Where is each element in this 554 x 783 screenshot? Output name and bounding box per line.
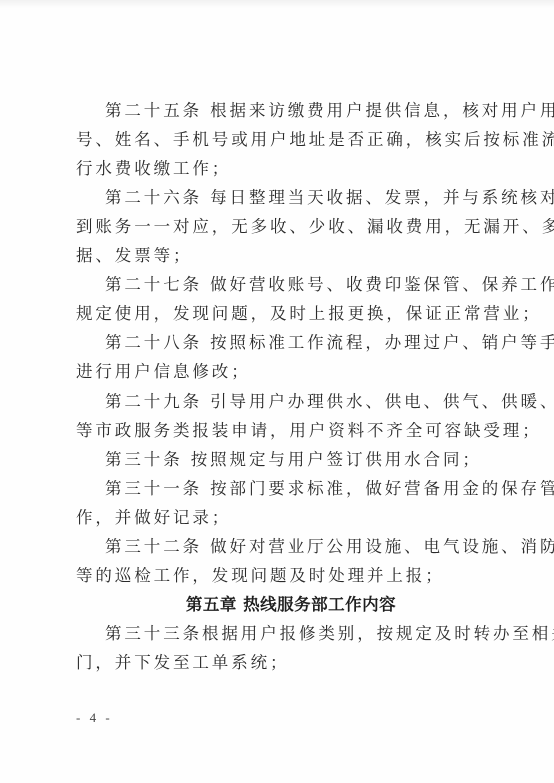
article-31-line-1: 第三十一条 按部门要求标准，做好营备用金的保存管理工 (76, 474, 515, 503)
document-page: 第二十五条 根据来访缴费用户提供信息，核对用户用水编 号、姓名、手机号或用户地址… (0, 0, 554, 783)
article-26-line-1: 第二十六条 每日整理当天收据、发票，并与系统核对，做 (76, 183, 515, 212)
article-33-line-1: 第三十三条根据用户报修类别，按规定及时转办至相关部 (76, 619, 515, 648)
article-25-line-1: 第二十五条 根据来访缴费用户提供信息，核对用户用水编 (76, 96, 515, 125)
article-28-line-2: 进行用户信息修改； (76, 357, 486, 386)
article-25-line-2: 号、姓名、手机号或用户地址是否正确，核实后按标准流程进 (76, 125, 486, 154)
chapter-heading: 第五章 热线服务部工作内容 (76, 590, 486, 619)
article-33-line-2: 门，并下发至工单系统； (76, 648, 486, 677)
article-25-line-3: 行水费收缴工作； (76, 154, 486, 183)
article-26-line-3: 据、发票等； (76, 241, 486, 270)
article-31-line-2: 作，并做好记录； (76, 503, 486, 532)
article-27-line-1: 第二十七条 做好营收账号、收费印鉴保管、保养工作，按 (76, 270, 515, 299)
article-29-line-2: 等市政服务类报装申请，用户资料不齐全可容缺受理； (76, 416, 486, 445)
scan-edge (0, 0, 554, 8)
page-number: - 4 - (76, 709, 113, 727)
article-29-line-1: 第二十九条 引导用户办理供水、供电、供气、供暖、通讯 (76, 387, 515, 416)
article-27-line-2: 规定使用，发现问题，及时上报更换，保证正常营业； (76, 299, 486, 328)
article-26-line-2: 到账务一一对应，无多收、少收、漏收费用，无漏开、多开收 (76, 212, 486, 241)
article-32-line-2: 等的巡检工作，发现问题及时处理并上报； (76, 561, 486, 590)
article-28-line-1: 第二十八条 按照标准工作流程，办理过户、销户等手续， (76, 328, 515, 357)
article-30-line-1: 第三十条 按照规定与用户签订供用水合同； (76, 445, 515, 474)
article-32-line-1: 第三十二条 做好对营业厅公用设施、电气设施、消防设施 (76, 532, 515, 561)
